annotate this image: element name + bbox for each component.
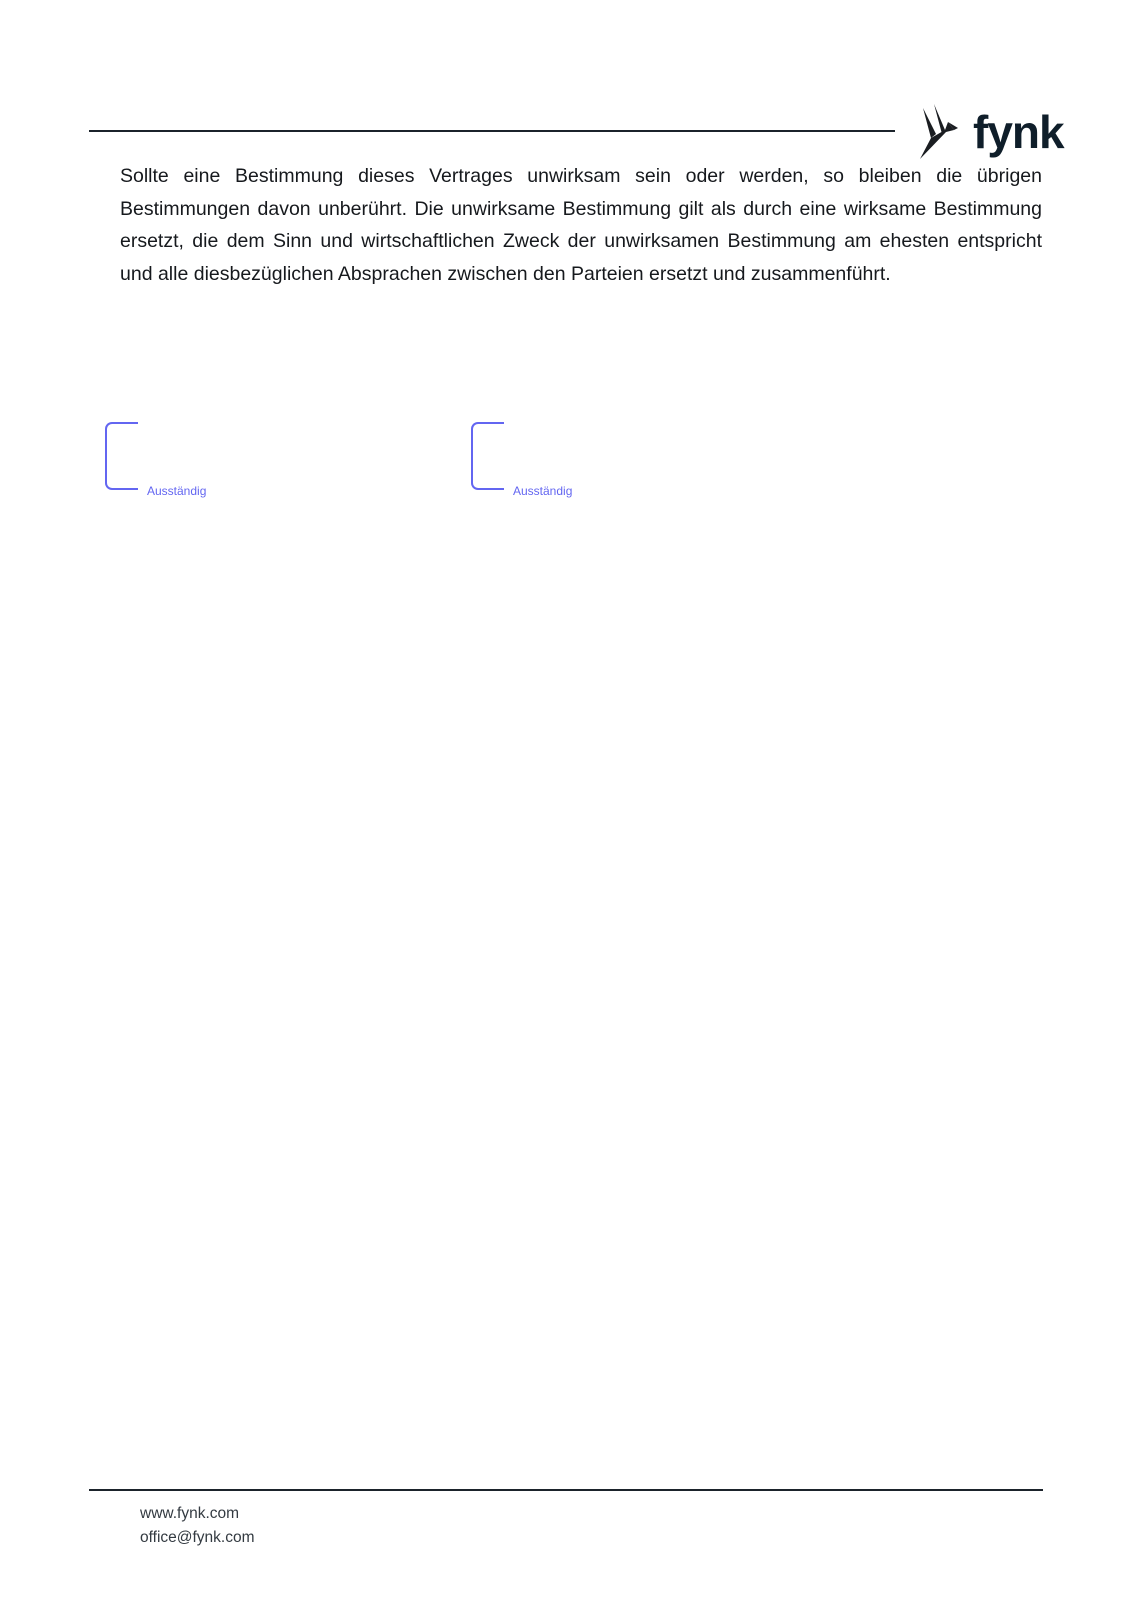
- footer-divider: [89, 1489, 1043, 1491]
- footer-email[interactable]: office@fynk.com: [140, 1529, 255, 1547]
- fynk-logo: fynk: [918, 104, 1048, 160]
- footer-website[interactable]: www.fynk.com: [140, 1505, 239, 1523]
- signature-bracket: [471, 422, 504, 490]
- signature-bracket: [105, 422, 138, 490]
- logo-wordmark: fynk: [973, 104, 1064, 160]
- signature-status: Ausständig: [513, 484, 572, 498]
- contract-clause-paragraph: Sollte eine Bestimmung dieses Vertrages …: [120, 160, 1042, 290]
- header-divider: [89, 130, 895, 132]
- signature-status: Ausständig: [147, 484, 206, 498]
- signature-field-1[interactable]: Ausständig: [105, 422, 305, 502]
- signature-field-2[interactable]: Ausständig: [471, 422, 671, 502]
- bird-logo-icon: [918, 104, 968, 160]
